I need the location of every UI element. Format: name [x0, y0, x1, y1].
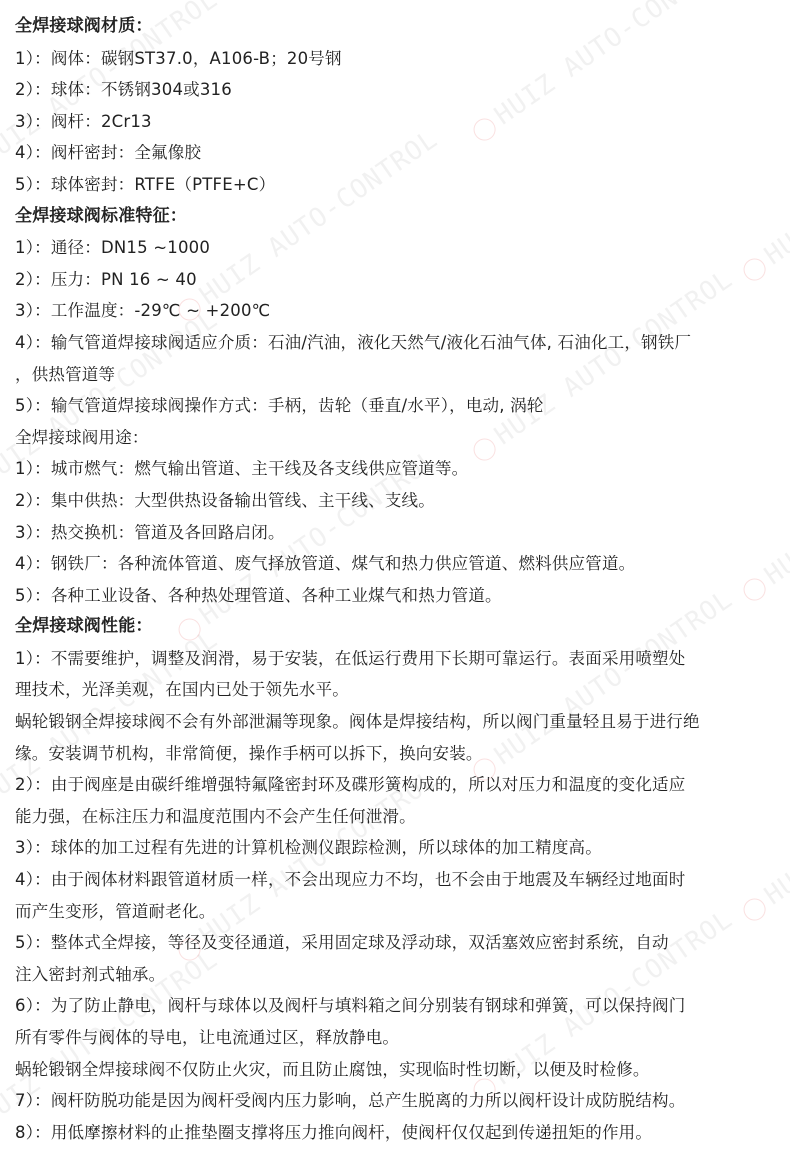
performance-line: 6）：为了防止静电，阀杆与球体以及阀杆与填料箱之间分别装有钢球和弹簧，可以保持阀… [15, 990, 790, 1022]
performance-line: 缘。安装调节机构，非常简便，操作手柄可以拆下，换向安装。 [15, 738, 790, 770]
performance-line: 蜗轮锻钢全焊接球阀不会有外部泄漏等现象。阀体是焊接结构，所以阀门重量轻且易于进行… [15, 706, 790, 738]
feature-line: 2）：压力：PN 16 ~ 40 [15, 264, 790, 296]
performance-line: 4）：由于阀体材料跟管道材质一样，不会出现应力不均，也不会由于地震及车辆经过地面… [15, 864, 790, 896]
performance-line: 8）：用低摩擦材料的止推垫圈支撑将压力推向阀杆，使阀杆仅仅起到传递扭矩的作用。 [15, 1117, 790, 1149]
document-body: 全焊接球阀材质： 1）：阀体：碳钢ST37.0，A106-B；20号钢 2）：球… [0, 0, 790, 1148]
section-heading-performance: 全焊接球阀性能： [15, 611, 790, 643]
material-line: 4）：阀杆密封：全氟像胶 [15, 137, 790, 169]
feature-line: 5）：输气管道焊接球阀操作方式：手柄，齿轮（垂直/水平），电动, 涡轮 [15, 390, 790, 422]
performance-line: 能力强，在标注压力和温度范围内不会产生任何泄滑。 [15, 801, 790, 833]
feature-line: ，供热管道等 [15, 359, 790, 391]
performance-line: 7）：阀杆防脱功能是因为阀杆受阀内压力影响，总产生脱离的力所以阀杆设计成防脱结构… [15, 1085, 790, 1117]
usage-line: 5）：各种工业设备、各种热处理管道、各种工业煤气和热力管道。 [15, 580, 790, 612]
material-line: 5）：球体密封：RTFE（PTFE+C） [15, 169, 790, 201]
performance-line: 2）：由于阀座是由碳纤维增强特氟隆密封环及碟形簧构成的，所以对压力和温度的变化适… [15, 769, 790, 801]
material-line: 2）：球体：不锈钢304或316 [15, 74, 790, 106]
usage-line: 3）：热交换机：管道及各回路启闭。 [15, 517, 790, 549]
feature-line: 4）：输气管道焊接球阀适应介质：石油/汽油，液化天然气/液化石油气体, 石油化工… [15, 327, 790, 359]
performance-line: 1）：不需要维护，调整及润滑，易于安装，在低运行费用下长期可靠运行。表面采用喷塑… [15, 643, 790, 675]
section-heading-material: 全焊接球阀材质： [15, 11, 790, 43]
usage-line: 4）：钢铁厂：各种流体管道、废气择放管道、煤气和热力供应管道、燃料供应管道。 [15, 548, 790, 580]
material-line: 1）：阀体：碳钢ST37.0，A106-B；20号钢 [15, 43, 790, 75]
performance-line: 蜗轮锻钢全焊接球阀不仅防止火灾，而且防止腐蚀，实现临时性切断，以便及时检修。 [15, 1054, 790, 1086]
performance-line: 理技术，光泽美观，在国内已处于领先水平。 [15, 674, 790, 706]
material-line: 3）：阀杆：2Cr13 [15, 106, 790, 138]
section-heading-features: 全焊接球阀标准特征： [15, 201, 790, 233]
usage-line: 2）：集中供热：大型供热设备输出管线、主干线、支线。 [15, 485, 790, 517]
performance-line: 而产生变形，管道耐老化。 [15, 896, 790, 928]
feature-line: 1）：通径：DN15 ~1000 [15, 232, 790, 264]
section-heading-usage: 全焊接球阀用途： [15, 422, 790, 454]
performance-line: 3）：球体的加工过程有先进的计算机检测仪跟踪检测，所以球体的加工精度高。 [15, 832, 790, 864]
usage-line: 1）：城市燃气：燃气输出管道、主干线及各支线供应管道等。 [15, 453, 790, 485]
performance-line: 注入密封剂式轴承。 [15, 959, 790, 991]
performance-line: 所有零件与阀体的导电，让电流通过区，释放静电。 [15, 1022, 790, 1054]
performance-line: 5）：整体式全焊接，等径及变径通道，采用固定球及浮动球，双活塞效应密封系统，自动 [15, 927, 790, 959]
feature-line: 3）：工作温度：-29℃ ~ +200℃ [15, 295, 790, 327]
